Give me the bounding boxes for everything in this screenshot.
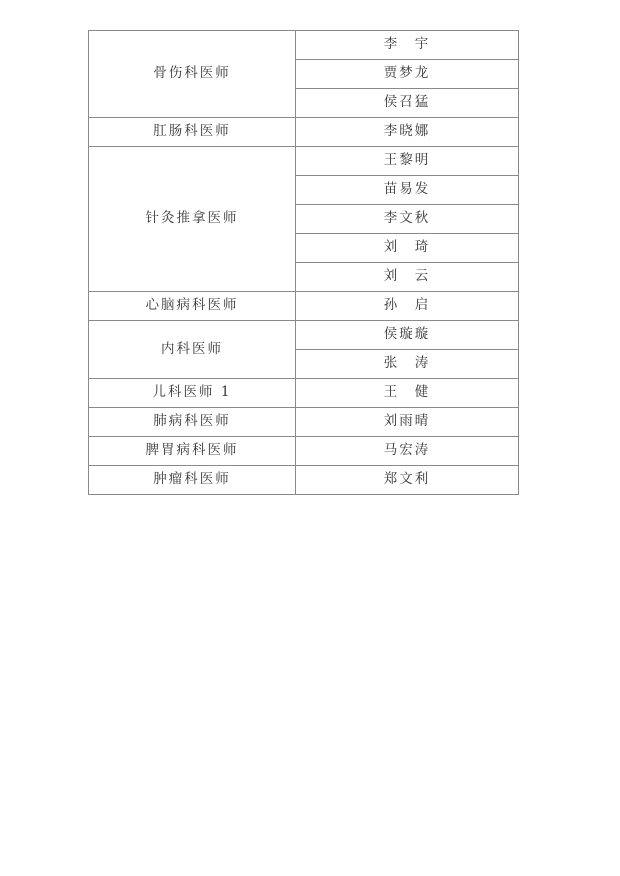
department-cell: 骨伤科医师 [89,31,296,118]
table-row: 肿瘤科医师 郑文利 [89,466,519,495]
table-row: 脾胃病科医师 马宏涛 [89,437,519,466]
doctor-name-cell: 张 涛 [296,350,519,379]
department-cell: 肿瘤科医师 [89,466,296,495]
department-cell: 脾胃病科医师 [89,437,296,466]
doctor-name-cell: 苗易发 [296,176,519,205]
doctor-name-cell: 侯召猛 [296,89,519,118]
doctor-department-table: 骨伤科医师 李 宇 贾梦龙 侯召猛 肛肠科医师 李晓娜 针灸推拿医师 王黎明 苗… [88,30,519,495]
doctor-name-cell: 刘雨晴 [296,408,519,437]
table-row: 儿科医师 1 王 健 [89,379,519,408]
department-cell: 内科医师 [89,321,296,379]
department-cell: 儿科医师 1 [89,379,296,408]
doctor-name-cell: 王 健 [296,379,519,408]
doctor-name-cell: 李 宇 [296,31,519,60]
doctor-name-cell: 刘 琦 [296,234,519,263]
doctor-name-cell: 李晓娜 [296,118,519,147]
doctor-name-cell: 孙 启 [296,292,519,321]
doctor-name-cell: 李文秋 [296,205,519,234]
table-row: 肺病科医师 刘雨晴 [89,408,519,437]
table-row: 肛肠科医师 李晓娜 [89,118,519,147]
table-row: 针灸推拿医师 王黎明 [89,147,519,176]
table-row: 骨伤科医师 李 宇 [89,31,519,60]
table-row: 心脑病科医师 孙 启 [89,292,519,321]
department-cell: 肛肠科医师 [89,118,296,147]
doctor-name-cell: 贾梦龙 [296,60,519,89]
doctor-name-cell: 郑文利 [296,466,519,495]
doctor-name-cell: 王黎明 [296,147,519,176]
doctor-name-cell: 侯璇璇 [296,321,519,350]
department-cell: 针灸推拿医师 [89,147,296,292]
department-cell: 心脑病科医师 [89,292,296,321]
doctor-name-cell: 刘 云 [296,263,519,292]
table-row: 内科医师 侯璇璇 [89,321,519,350]
doctor-name-cell: 马宏涛 [296,437,519,466]
department-cell: 肺病科医师 [89,408,296,437]
